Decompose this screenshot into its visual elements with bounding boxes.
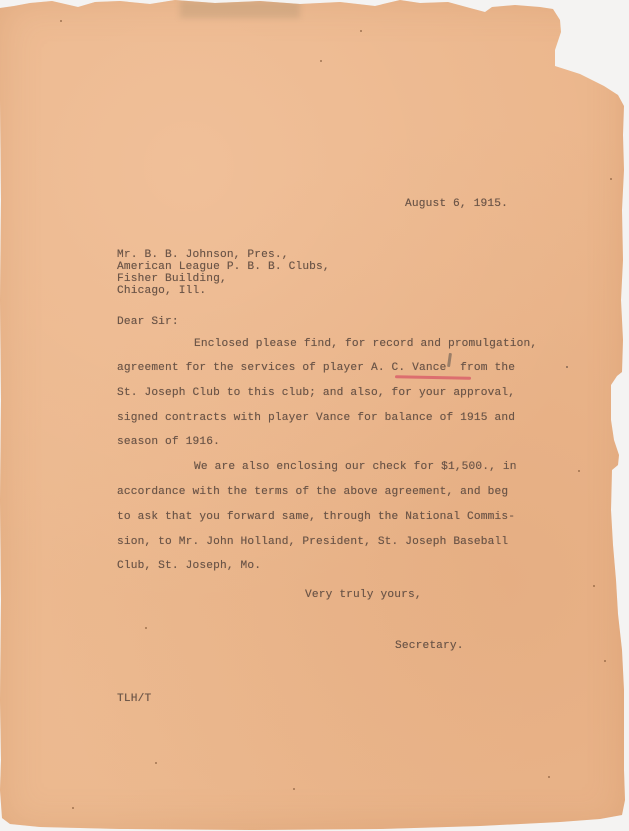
margin-tick-mark xyxy=(566,366,568,368)
scanned-document: August 6, 1915. Mr. B. B. Johnson, Pres.… xyxy=(0,0,629,831)
paper-speck xyxy=(548,776,550,778)
paragraph-2-line: sion, to Mr. John Holland, President, St… xyxy=(117,536,508,548)
paragraph-1-line: signed contracts with player Vance for b… xyxy=(117,412,515,424)
paper-speck xyxy=(145,627,147,629)
paper-speck xyxy=(72,807,74,809)
paragraph-1-line: St. Joseph Club to this club; and also, … xyxy=(117,387,515,399)
paper-speck xyxy=(610,178,612,180)
signature-title: Secretary. xyxy=(395,640,464,652)
paper-speck xyxy=(293,788,295,790)
paper-speck xyxy=(578,470,580,472)
paper-speck xyxy=(604,660,606,662)
recipient-name: Mr. B. B. Johnson, Pres., xyxy=(117,249,289,261)
recipient-building: Fisher Building, xyxy=(117,273,227,285)
salutation: Dear Sir: xyxy=(117,316,179,328)
paragraph-2-line: accordance with the terms of the above a… xyxy=(117,486,508,498)
paragraph-2-line: to ask that you forward same, through th… xyxy=(117,511,515,523)
paper-speck xyxy=(155,762,157,764)
paper-speck xyxy=(360,30,362,32)
paragraph-2-line: We are also enclosing our check for $1,5… xyxy=(194,461,517,473)
paper-stain xyxy=(180,0,300,18)
paragraph-1-line: agreement for the services of player A. … xyxy=(117,362,515,374)
recipient-organization: American League P. B. B. Clubs, xyxy=(117,261,330,273)
paper-speck xyxy=(593,585,595,587)
typist-initials: TLH/T xyxy=(117,693,151,705)
paper-speck xyxy=(60,20,62,22)
paragraph-1-line: season of 1916. xyxy=(117,436,220,448)
letter-date: August 6, 1915. xyxy=(405,198,508,210)
closing: Very truly yours, xyxy=(305,589,422,601)
recipient-city: Chicago, Ill. xyxy=(117,285,206,297)
paragraph-1-line: Enclosed please find, for record and pro… xyxy=(194,338,537,350)
paper-speck xyxy=(320,60,322,62)
paragraph-2-line: Club, St. Joseph, Mo. xyxy=(117,560,261,572)
